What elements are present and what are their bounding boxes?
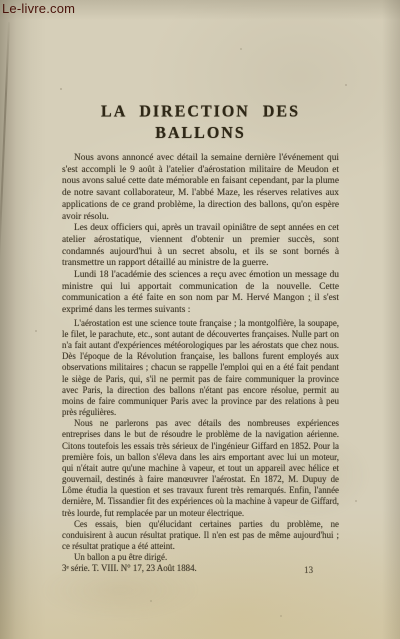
quote-paragraph: L'aérostation est une science toute fran…	[62, 318, 339, 418]
issue-line: 3ᵉ série. T. VIII. N° 17, 23 Août 1884.	[62, 563, 197, 574]
quote-paragraph: Nous ne parlerons pas avec détails des n…	[62, 418, 339, 518]
spine-shadow	[0, 0, 46, 639]
paragraph: Lundi 18 l'académie des sciences a reçu …	[62, 270, 339, 317]
quote-block: L'aérostation est une science toute fran…	[62, 318, 339, 563]
scanned-book-page: Le-livre.com LA DIRECTION DES BALLONS No…	[0, 0, 400, 639]
right-edge-shade	[382, 0, 400, 639]
paragraph: Nous avons annoncé avec détail la semain…	[62, 153, 339, 223]
footer-row: 3ᵉ série. T. VIII. N° 17, 23 Août 1884. …	[62, 563, 339, 574]
quote-paragraph: Ces essais, bien qu'élucidant certaines …	[62, 519, 339, 552]
paragraph: Les deux officiers qui, après un travail…	[62, 223, 339, 270]
watermark: Le-livre.com	[2, 1, 75, 16]
article: LA DIRECTION DES BALLONS Nous avons anno…	[62, 103, 339, 574]
quote-paragraph: Un ballon a pu être dirigé.	[62, 552, 339, 563]
signature-number: 13	[304, 565, 339, 576]
page-crease	[0, 22, 10, 267]
page-title: LA DIRECTION DES BALLONS	[54, 102, 347, 144]
